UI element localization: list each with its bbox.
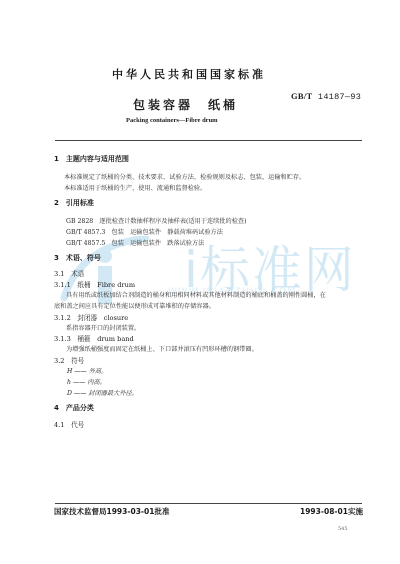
header-divider — [55, 140, 362, 141]
reference-item: GB/T 4857.5 包装 运输包装件 跌落试验方法 — [66, 238, 204, 247]
subsection-3-1-3: 3.1.3 桶箍 drum band — [54, 333, 134, 343]
section-1-heading: 1 主题内容与适用范围 — [54, 154, 129, 164]
definition-text: 系指容器开口的封闭装置。 — [66, 323, 140, 332]
standard-code: GB/T 14187—93 — [291, 91, 361, 102]
document-title-english: Packing containers—Fibre drum — [126, 117, 218, 124]
subsection-3-2: 3.2 符号 — [54, 355, 84, 365]
reference-item: GB 2828 逐批检查计数抽样程序及抽样表(适用于连续批的检查) — [66, 216, 247, 225]
section-3-heading: 3 术语、符号 — [54, 253, 101, 263]
footer-divider — [55, 503, 362, 504]
standard-code-number: 14187—93 — [318, 92, 361, 102]
section-1-paragraph: 本标准适用于纸桶的生产、使用、流通和监督检验。 — [64, 183, 206, 192]
subsection-3-1: 3.1 术语 — [54, 268, 84, 278]
page-number: 545 — [338, 526, 348, 532]
approval-date: 国家技术监督局1993-03-01批准 — [54, 506, 169, 517]
subsection-4-1: 4.1 代号 — [54, 419, 84, 429]
section-4-heading: 4 产品分类 — [54, 403, 94, 413]
definition-text: 为增强纸桶强度而固定在纸桶上、下口部并滚压有凹形环槽的钢带圈。 — [66, 344, 258, 353]
section-2-heading: 2 引用标准 — [54, 198, 94, 208]
implementation-date: 1993-08-01实施 — [300, 506, 363, 517]
section-1-paragraph: 本标准规定了纸桶的分类、技术要求、试验方法、检验规则及标志、包装、运输和贮存。 — [64, 172, 305, 181]
subsection-3-1-2: 3.1.2 封闭器 closure — [54, 312, 128, 322]
standard-code-prefix: GB/T — [291, 91, 313, 101]
definition-text: 具有用纸或纸板加结合剂制造的桶身和用相同材料或其他材料制造的桶底和桶盖的刚性圆桶… — [66, 290, 326, 299]
symbol-item: D —— 封闭器最大外径。 — [67, 388, 138, 397]
standard-organization: 中华人民共和国国家标准 — [112, 66, 266, 82]
symbol-item: H —— 外高。 — [67, 366, 107, 375]
reference-item: GB/T 4857.3 包装 运输包装件 静载荷堆码试验方法 — [66, 227, 223, 236]
subsection-3-1-1: 3.1.1 纸桶 Fibre drum — [54, 279, 135, 289]
symbol-item: h —— 内高。 — [67, 377, 106, 386]
document-title: 包装容器 纸桶 — [133, 96, 238, 113]
definition-text: 底和盖之间应具有定位性能以便形成可靠堆积的存储容器。 — [54, 301, 215, 310]
